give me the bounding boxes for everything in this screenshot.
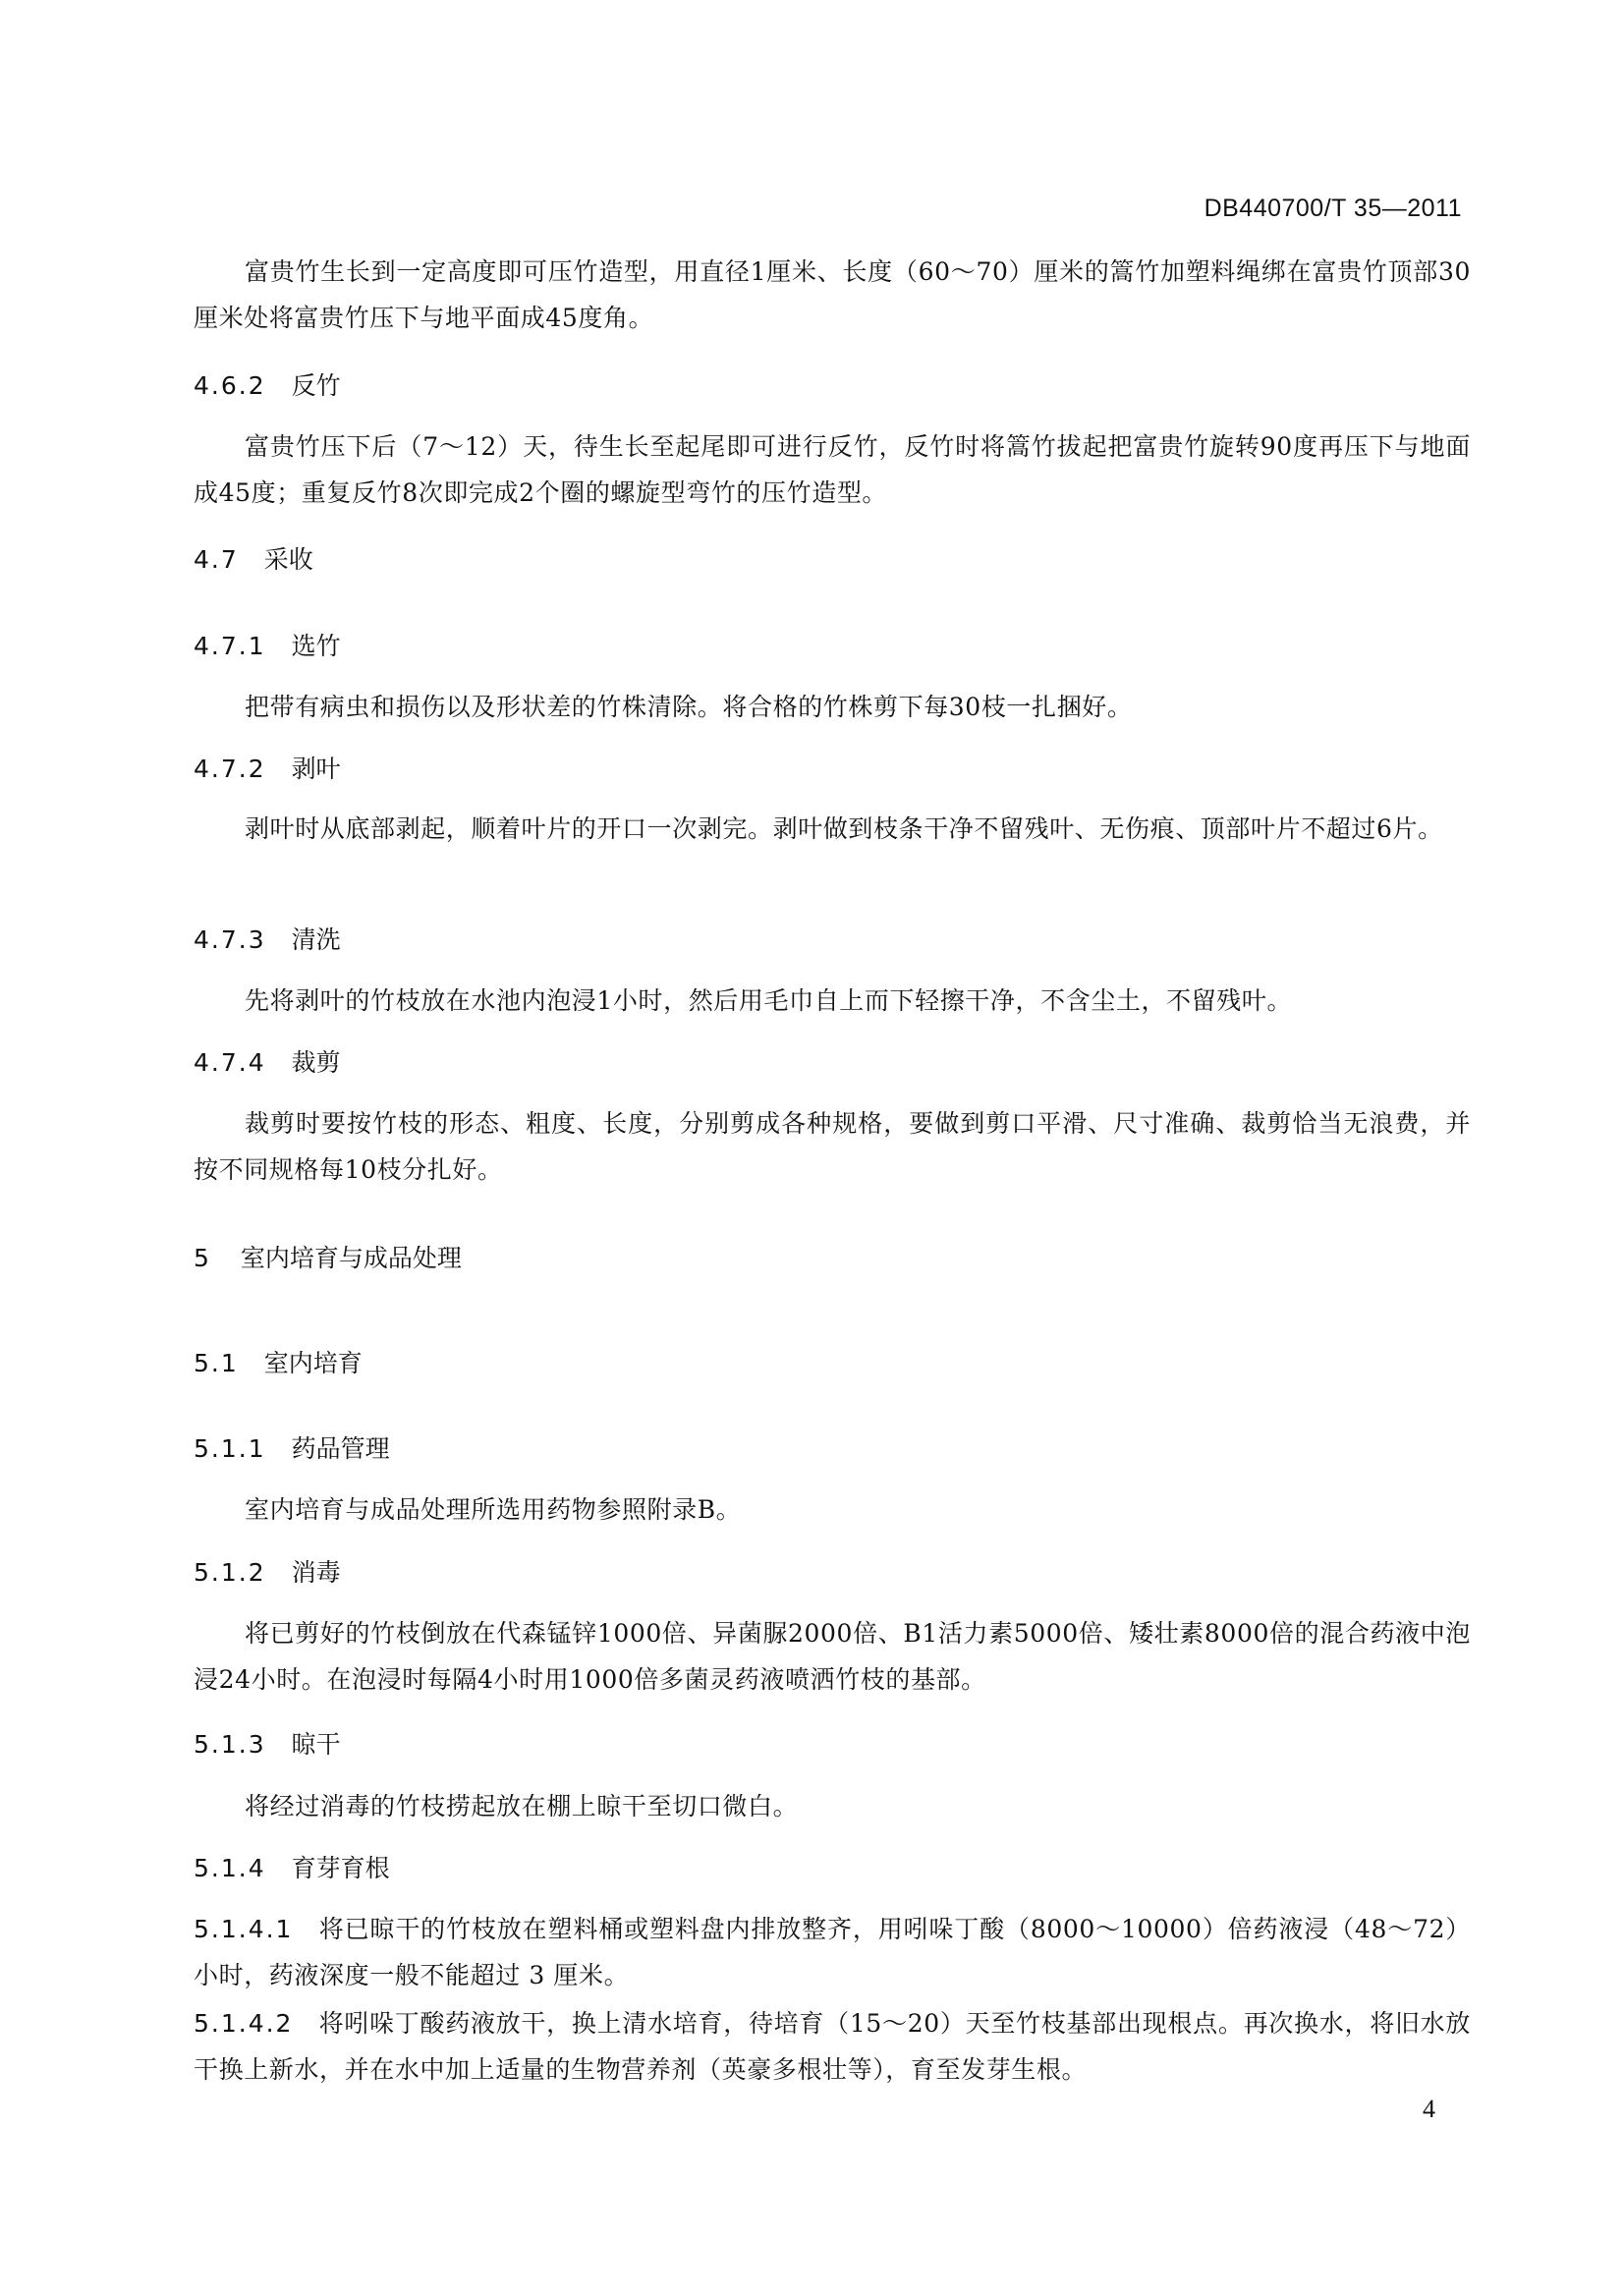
heading-5-1-1: 5.1.1药品管理 <box>194 1434 1471 1464</box>
paragraph-4-6-2: 富贵竹压下后（7～12）天，待生长至起尾即可进行反竹，反竹时将篙竹拔起把富贵竹旋… <box>194 423 1471 516</box>
heading-title: 室内培育 <box>264 1349 363 1377</box>
standard-code: DB440700/T 35—2011 <box>1204 195 1462 223</box>
paragraph-pressing: 富贵竹生长到一定高度即可压竹造型，用直径1厘米、长度（60～70）厘米的篙竹加塑… <box>194 249 1471 341</box>
heading-title: 药品管理 <box>292 1434 390 1463</box>
clause-text: 将吲哚丁酸药液放干，换上清水培育，待培育（15～20）天至竹枝基部出现根点。再次… <box>194 2009 1471 2084</box>
heading-5: 5室内培育与成品处理 <box>194 1244 1471 1273</box>
heading-title: 反竹 <box>292 371 341 400</box>
heading-title: 消毒 <box>292 1558 341 1587</box>
heading-number: 5.1.1 <box>194 1434 266 1464</box>
paragraph-5-1-4-2: 5.1.4.2将吲哚丁酸药液放干，换上清水培育，待培育（15～20）天至竹枝基部… <box>194 2000 1471 2093</box>
heading-5-1-3: 5.1.3晾干 <box>194 1730 1471 1760</box>
heading-number: 5.1.4 <box>194 1854 266 1883</box>
paragraph-5-1-3: 将经过消毒的竹枝捞起放在棚上晾干至切口微白。 <box>194 1783 1471 1829</box>
heading-title: 清洗 <box>292 925 341 954</box>
heading-title: 剥叶 <box>292 755 341 783</box>
heading-5-1: 5.1室内培育 <box>194 1349 1471 1378</box>
heading-4-7: 4.7采收 <box>194 545 1471 575</box>
heading-4-7-2: 4.7.2剥叶 <box>194 755 1471 784</box>
heading-number: 5.1.3 <box>194 1730 266 1760</box>
paragraph-4-7-3: 先将剥叶的竹枝放在水池内泡浸1小时，然后用毛巾自上而下轻擦干净，不含尘土，不留残… <box>194 978 1471 1024</box>
heading-number: 4.7.4 <box>194 1048 266 1078</box>
heading-number: 5.1 <box>194 1349 239 1378</box>
paragraph-5-1-4-1: 5.1.4.1将已晾干的竹枝放在塑料桶或塑料盘内排放整齐，用吲哚丁酸（8000～… <box>194 1906 1471 1998</box>
heading-title: 晾干 <box>292 1730 341 1759</box>
heading-4-7-1: 4.7.1选竹 <box>194 632 1471 661</box>
heading-4-7-3: 4.7.3清洗 <box>194 925 1471 955</box>
heading-4-6-2: 4.6.2反竹 <box>194 371 1471 401</box>
heading-5-1-4: 5.1.4育芽育根 <box>194 1854 1471 1883</box>
clause-text: 将已晾干的竹枝放在塑料桶或塑料盘内排放整齐，用吲哚丁酸（8000～10000）倍… <box>194 1915 1471 1989</box>
heading-5-1-2: 5.1.2消毒 <box>194 1558 1471 1588</box>
heading-title: 裁剪 <box>292 1048 341 1077</box>
heading-4-7-4: 4.7.4裁剪 <box>194 1048 1471 1078</box>
paragraph-4-7-2: 剥叶时从底部剥起，顺着叶片的开口一次剥完。剥叶做到枝条干净不留残叶、无伤痕、顶部… <box>194 806 1471 852</box>
paragraph-4-7-1: 把带有病虫和损伤以及形状差的竹株清除。将合格的竹株剪下每30枝一扎捆好。 <box>194 684 1471 730</box>
heading-number: 5.1.2 <box>194 1558 266 1588</box>
heading-number: 4.7.2 <box>194 755 266 784</box>
heading-number: 4.6.2 <box>194 371 266 401</box>
clause-number: 5.1.4.1 <box>194 1915 293 1943</box>
page-number: 4 <box>1423 2095 1435 2124</box>
heading-title: 室内培育与成品处理 <box>241 1244 462 1272</box>
heading-title: 选竹 <box>292 632 341 660</box>
clause-number: 5.1.4.2 <box>194 2009 293 2038</box>
paragraph-5-1-1: 室内培育与成品处理所选用药物参照附录B。 <box>194 1486 1471 1533</box>
paragraph-4-7-4: 裁剪时要按竹枝的形态、粗度、长度，分别剪成各种规格，要做到剪口平滑、尺寸准确、裁… <box>194 1100 1471 1193</box>
paragraph-5-1-2: 将已剪好的竹枝倒放在代森锰锌1000倍、异菌脲2000倍、B1活力素5000倍、… <box>194 1610 1471 1703</box>
heading-number: 4.7.3 <box>194 925 266 955</box>
heading-number: 4.7.1 <box>194 632 266 661</box>
heading-title: 采收 <box>264 545 313 574</box>
heading-number: 5 <box>194 1244 211 1273</box>
heading-title: 育芽育根 <box>292 1854 390 1882</box>
heading-number: 4.7 <box>194 545 239 575</box>
